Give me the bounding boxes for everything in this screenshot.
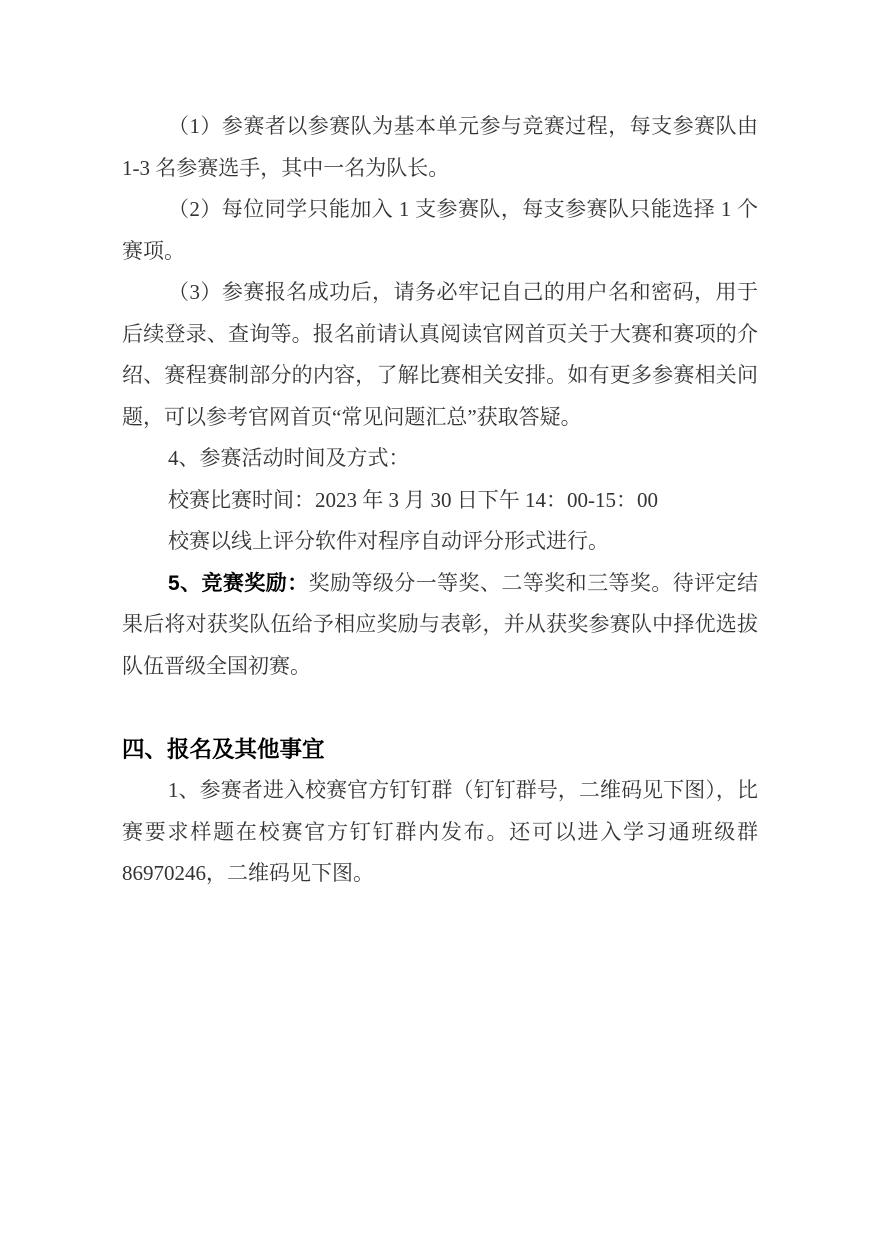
text-line: 题，可以参考官网首页“常见问题汇总”获取答疑。 xyxy=(122,397,758,439)
text-run: 绍、赛程赛制部分的内容，了解比赛相关安排。如有更多参赛相关问 xyxy=(122,363,758,387)
text-line: 后续登录、查询等。报名前请认真阅读官网首页关于大赛和赛项的介 xyxy=(122,314,758,356)
document-page: （1）参赛者以参赛队为基本单元参与竞赛过程，每支参赛队由1-3 名参赛选手，其中… xyxy=(0,0,880,1244)
text-line: （2）每位同学只能加入 1 支参赛队，每支参赛队只能选择 1 个 xyxy=(122,189,758,231)
text-run: （3）参赛报名成功后，请务必牢记自己的用户名和密码，用于 xyxy=(168,280,758,304)
text-line: 赛要求样题在校赛官方钉钉群内发布。还可以进入学习通班级群 xyxy=(122,812,758,854)
text-run: 赛项。 xyxy=(122,239,185,263)
text-line: 1-3 名参赛选手，其中一名为队长。 xyxy=(122,148,758,190)
text-line: 校赛以线上评分软件对程序自动评分形式进行。 xyxy=(122,521,758,563)
text-line: 绍、赛程赛制部分的内容，了解比赛相关安排。如有更多参赛相关问 xyxy=(122,355,758,397)
text-line: 果后将对获奖队伍给予相应奖励与表彰，并从获奖参赛队中择优选拔 xyxy=(122,604,758,646)
text-run: 题，可以参考官网首页“常见问题汇总”获取答疑。 xyxy=(122,405,582,429)
text-run: 校赛比赛时间：2023 年 3 月 30 日下午 14：00-15：00 xyxy=(168,488,658,512)
text-run: （1）参赛者以参赛队为基本单元参与竞赛过程，每支参赛队由 xyxy=(168,114,758,138)
text-run: 赛要求样题在校赛官方钉钉群内发布。还可以进入学习通班级群 xyxy=(122,820,758,844)
section-heading: 四、报名及其他事宜 xyxy=(122,729,758,771)
text-run: 奖励等级分一等奖、二等奖和三等奖。待评定结 xyxy=(309,571,758,595)
text-line: 赛项。 xyxy=(122,231,758,273)
text-run: （2）每位同学只能加入 1 支参赛队，每支参赛队只能选择 1 个 xyxy=(168,197,758,221)
text-run: 校赛以线上评分软件对程序自动评分形式进行。 xyxy=(168,529,609,553)
document-content: （1）参赛者以参赛队为基本单元参与竞赛过程，每支参赛队由1-3 名参赛选手，其中… xyxy=(122,106,758,895)
text-run: 队伍晋级全国初赛。 xyxy=(122,654,311,678)
blank-line xyxy=(122,687,758,729)
bold-text-run: 5、竞赛奖励： xyxy=(168,572,309,595)
text-line: 86970246，二维码见下图。 xyxy=(122,853,758,895)
text-line: 4、参赛活动时间及方式： xyxy=(122,438,758,480)
text-run: 果后将对获奖队伍给予相应奖励与表彰，并从获奖参赛队中择优选拔 xyxy=(122,612,758,636)
text-run: 1、参赛者进入校赛官方钉钉群（钉钉群号，二维码见下图），比 xyxy=(168,778,758,802)
text-line: 5、竞赛奖励：奖励等级分一等奖、二等奖和三等奖。待评定结 xyxy=(122,563,758,605)
text-run: 86970246，二维码见下图。 xyxy=(122,861,374,885)
text-line: （1）参赛者以参赛队为基本单元参与竞赛过程，每支参赛队由 xyxy=(122,106,758,148)
text-line: 校赛比赛时间：2023 年 3 月 30 日下午 14：00-15：00 xyxy=(122,480,758,522)
text-run: 四、报名及其他事宜 xyxy=(122,737,325,762)
text-run: 后续登录、查询等。报名前请认真阅读官网首页关于大赛和赛项的介 xyxy=(122,322,758,346)
text-line: 1、参赛者进入校赛官方钉钉群（钉钉群号，二维码见下图），比 xyxy=(122,770,758,812)
text-line: 队伍晋级全国初赛。 xyxy=(122,646,758,688)
text-run: 4、参赛活动时间及方式： xyxy=(168,446,410,470)
text-line: （3）参赛报名成功后，请务必牢记自己的用户名和密码，用于 xyxy=(122,272,758,314)
text-run: 1-3 名参赛选手，其中一名为队长。 xyxy=(122,156,449,180)
